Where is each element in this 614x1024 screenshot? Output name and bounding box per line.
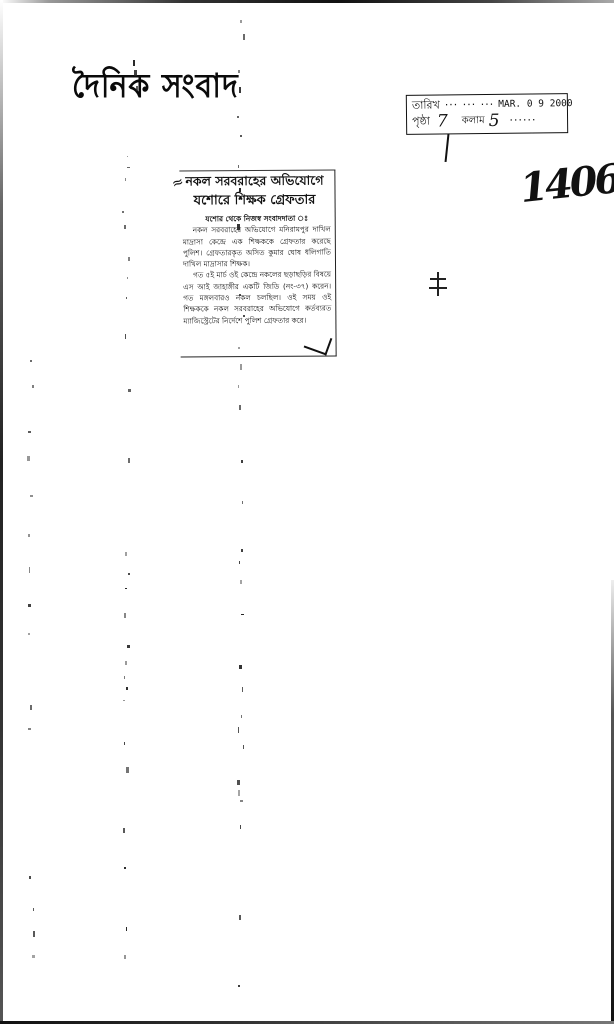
stamp-page-row: পৃষ্ঠা 7 কলাম 5 ······ xyxy=(412,112,562,130)
stamp-pen-stroke xyxy=(445,134,449,162)
stamp-column-label: কলাম xyxy=(462,113,485,129)
stamp-date-dots: ··· ··· ··· xyxy=(445,97,495,114)
news-clipping: নকল সরবরাহের অভিযোগে যশোরে শিক্ষক গ্রেফত… xyxy=(179,169,336,357)
newspaper-masthead: দৈনিক সংবাদ xyxy=(72,59,239,115)
headline-line-2: যশোরে শিক্ষক গ্রেফতার xyxy=(193,191,315,213)
date-page-stamp: তারিখ ··· ··· ··· MAR. 0 9 2000 পৃষ্ঠা 7… xyxy=(406,93,568,135)
scanned-page: দৈনিক সংবাদ তারিখ ··· ··· ··· MAR. 0 9 2… xyxy=(0,0,614,1024)
stamp-column-dots: ······ xyxy=(509,112,536,128)
stamp-date-label: তারিখ xyxy=(412,97,440,113)
article-paragraph: নকল সরবরাহের অভিযোগে মনিরামপুর দাখিল মাদ… xyxy=(183,224,331,270)
cross-mark-icon xyxy=(428,272,448,296)
handwritten-annotation: 1406 xyxy=(518,155,614,212)
stamp-date-row: তারিখ ··· ··· ··· MAR. 0 9 2000 xyxy=(412,96,562,114)
article-body: যশোর থেকে নিজস্ব সংবাদদাতা ঃ নকল সরবরাহে… xyxy=(183,212,332,326)
stamp-page-label: পৃষ্ঠা xyxy=(412,114,430,130)
article-paragraph: গত ৫ই মার্চ ওই কেন্দ্রে নকলের ছড়াছড়ির … xyxy=(183,269,331,327)
stamp-date-value: MAR. 0 9 2000 xyxy=(498,96,573,113)
scan-edge-top xyxy=(0,0,614,3)
stamp-page-value: 7 xyxy=(437,114,448,128)
stamp-column-value: 5 xyxy=(489,114,500,128)
scan-edge-left xyxy=(0,0,3,1024)
